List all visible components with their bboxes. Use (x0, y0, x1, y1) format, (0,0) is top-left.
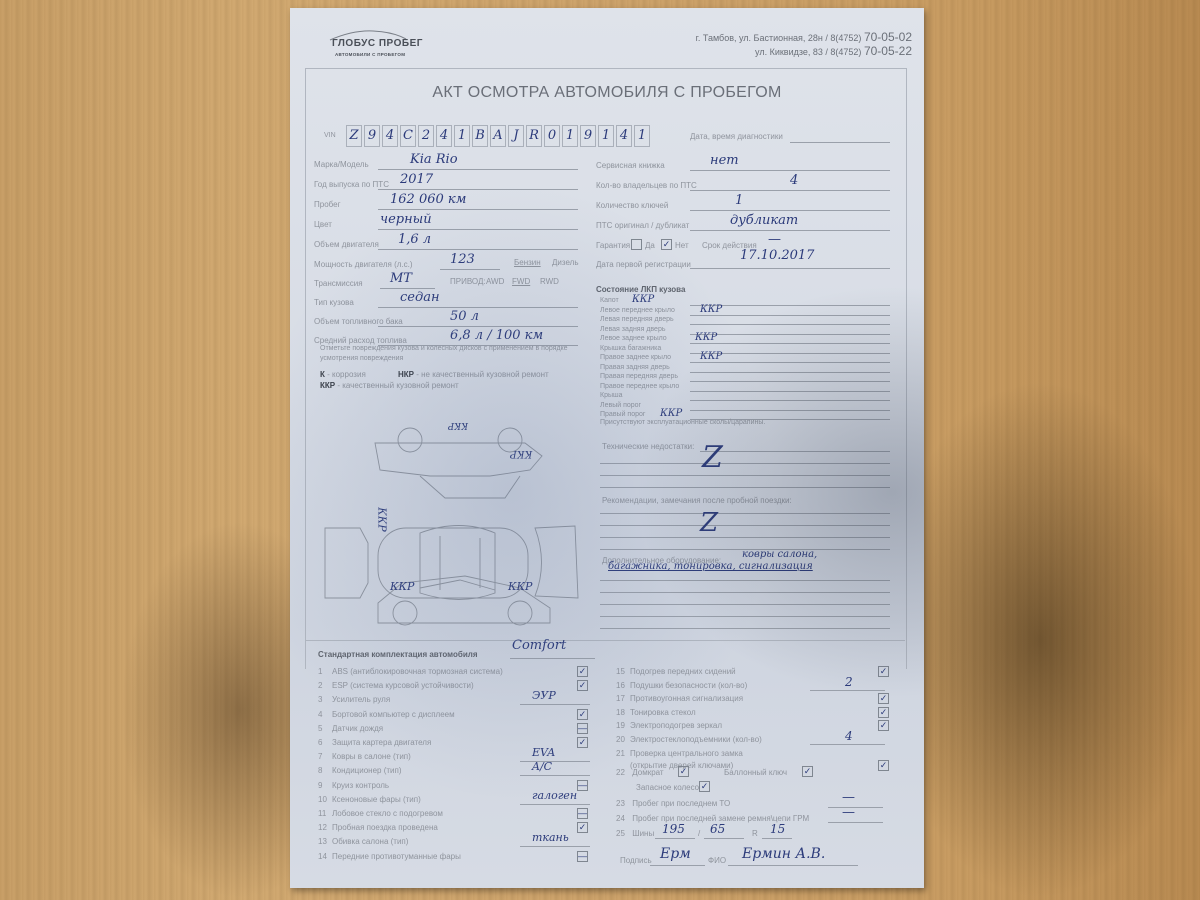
tire-rim: 15 (770, 822, 785, 836)
std-equipment-item: 3Усилитель руля (318, 695, 390, 704)
drive-option-rwd: RWD (540, 277, 559, 286)
std-equipment-value: EVA (532, 746, 555, 759)
std-equipment-item: 17Противоугонная сигнализация (616, 694, 743, 703)
extra-equipment-line1: ковры салона, (742, 549, 817, 560)
std-equipment-value: A/C (532, 760, 552, 773)
vin-char-box: Z (346, 125, 362, 147)
tire-profile: 65 (710, 822, 725, 836)
field-value: нет (710, 153, 739, 168)
vin-char-box: 4 (616, 125, 632, 147)
field-value: 50 л (450, 309, 479, 324)
field-label: Марка/Модель (314, 160, 369, 169)
std-equipment-item: 7Ковры в салоне (тип) (318, 752, 411, 761)
vin-char-box: A (490, 125, 506, 147)
vin-label: VIN (324, 132, 336, 139)
paint-item-label: Правая задняя дверь (600, 364, 670, 371)
vin-char-box: 1 (598, 125, 614, 147)
wrench-checkbox[interactable]: ✓ (802, 766, 813, 777)
legend-corrosion: К - коррозия (320, 370, 366, 379)
field-label: Трансмиссия (314, 279, 363, 288)
paint-item-value: ККР (632, 294, 654, 305)
std-equipment-item: 8Кондиционер (тип) (318, 766, 402, 775)
item-24-value: — (842, 805, 855, 820)
wrench-label: Баллонный ключ (724, 768, 787, 777)
field-value: Kia Rio (410, 152, 458, 167)
std-equipment-checkbox[interactable]: — (577, 723, 588, 734)
std-equipment-checkbox[interactable]: — (577, 808, 588, 819)
drive-label: ПРИВОД: (450, 277, 486, 286)
recommendations-label: Рекомендации, замечания после пробной по… (602, 496, 792, 505)
first-reg-label: Дата первой регистрации (596, 260, 691, 269)
item-25-label: 25 Шины (616, 829, 654, 838)
paint-item-label: Левый порог (600, 402, 641, 409)
vin-char-box: R (526, 125, 542, 147)
field-label: Тип кузова (314, 298, 354, 307)
diagram-mark-side-front: ККР (390, 580, 414, 593)
warranty-yes-label: Да (645, 241, 655, 250)
std-equipment-item: 10Ксеноновые фары (тип) (318, 795, 421, 804)
field-label: Пробег (314, 200, 341, 209)
field-label: Сервисная книжка (596, 161, 665, 170)
address-2: ул. Киквидзе, 83 / 8(4752) 70-05-22 (755, 44, 912, 58)
std-equipment-checkbox[interactable]: — (577, 851, 588, 862)
vin-char-box: 4 (382, 125, 398, 147)
extra-equipment-line2: багажника, тонировка, сигнализация (608, 561, 813, 572)
paint-item-label: Крышка багажника (600, 345, 661, 352)
warranty-yes-checkbox[interactable] (631, 239, 642, 250)
paint-item-label: Правое переднее крыло (600, 383, 679, 390)
diagram-mark-plan: ККР (376, 507, 389, 531)
field-label: Кол-во владельцев по ПТС (596, 181, 697, 190)
std-equipment-value: ЭУР (532, 689, 556, 702)
field-value: МТ (390, 271, 412, 286)
std-equipment-item: 21Проверка центрального замка (616, 749, 743, 758)
std-equipment-item: 2ESP (система курсовой устойчивости) (318, 681, 474, 690)
logo-brand: ГЛОБУС ПРОБЕГ (332, 38, 423, 49)
std-equipment-value: галоген (532, 789, 577, 802)
vin-char-box: 1 (562, 125, 578, 147)
logo-tagline: АВТОМОБИЛИ С ПРОБЕГОМ (335, 52, 405, 57)
std-equipment-checkbox[interactable]: — (577, 780, 588, 791)
damage-note: Отметьте повреждения кузова и колесных д… (320, 344, 590, 364)
std-equipment-item: 19Электроподогрев зеркал (616, 721, 722, 730)
recommendations-value: Z (700, 508, 718, 538)
std-equipment-item: 13Обивка салона (тип) (318, 837, 408, 846)
tire-width: 195 (662, 822, 685, 836)
std-equipment-item: 16Подушки безопасности (кол-во) (616, 681, 747, 690)
std-equipment-trim: Comfort (512, 638, 566, 653)
item-23-value: — (842, 790, 855, 805)
fuel-option-diesel: Дизель (552, 258, 578, 267)
hand-shadow-right (880, 380, 1200, 900)
std-equipment-title: Стандартная комплектация автомобиля (318, 650, 478, 659)
std-equipment-item: 9Круиз контроль (318, 781, 389, 790)
vin-char-box: B (472, 125, 488, 147)
spare-checkbox[interactable]: ✓ (699, 781, 710, 792)
std-equipment-item: 18Тонировка стекол (616, 708, 696, 717)
item-23: 23 Пробег при последнем ТО (616, 799, 730, 808)
paint-item-label: Левая задняя дверь (600, 326, 666, 333)
diag-date-label: Дата, время диагностики (690, 132, 783, 141)
paint-item-label: Левое переднее крыло (600, 307, 675, 314)
signature-value: Ерм (660, 846, 691, 862)
field-label: Объем топливного бака (314, 317, 403, 326)
paint-item-label: Правый порог (600, 411, 645, 418)
field-value: 123 (450, 252, 475, 267)
std-equipment-item: 11Лобовое стекло с подогревом (318, 809, 443, 818)
item-22: 22 Домкрат (616, 768, 664, 777)
std-equipment-item: 14Передние противотуманные фары (318, 852, 461, 861)
std-equipment-checkbox[interactable]: ✓ (878, 707, 889, 718)
std-equipment-value: ткань (532, 831, 569, 844)
std-equipment-checkbox[interactable]: ✓ (577, 709, 588, 720)
std-equipment-item: 4Бортовой компьютер с дисплеем (318, 710, 455, 719)
std-equipment-checkbox[interactable]: ✓ (577, 666, 588, 677)
paint-item-label: Крыша (600, 392, 623, 399)
field-value: 6,8 л / 100 км (450, 328, 543, 343)
std-equipment-value: 4 (845, 729, 853, 743)
car-body-diagram (310, 408, 590, 628)
field-value: 4 (790, 173, 798, 188)
warranty-term-value: — (768, 232, 781, 247)
field-label: Год выпуска по ПТС (314, 180, 389, 189)
vin-char-box: 9 (364, 125, 380, 147)
std-equipment-value: 2 (845, 675, 853, 689)
fio-value: Ермин А.В. (742, 846, 825, 862)
tech-defects-value: Z (702, 440, 723, 475)
field-value: 2017 (400, 172, 433, 187)
legend-good-repair: ККР - качественный кузовной ремонт (320, 381, 459, 390)
page-title: АКТ ОСМОТРА АВТОМОБИЛЯ С ПРОБЕГОМ (290, 84, 924, 102)
std-equipment-checkbox[interactable]: ✓ (577, 737, 588, 748)
paint-item-value: ККР (660, 408, 682, 419)
std-equipment-checkbox[interactable]: ✓ (577, 680, 588, 691)
paint-item-value: ККР (700, 351, 722, 362)
std-equipment-item: 15Подогрев передних сидений (616, 667, 736, 676)
signature-label: Подпись (620, 856, 652, 865)
paint-item-value: ККР (700, 304, 722, 315)
jack-checkbox[interactable]: ✓ (678, 766, 689, 777)
vin-char-box: 2 (418, 125, 434, 147)
vin-char-box: 1 (634, 125, 650, 147)
std-equipment-item: 6Защита картера двигателя (318, 738, 431, 747)
paint-title: Состояние ЛКП кузова (596, 285, 685, 294)
std-equipment-checkbox[interactable]: ✓ (878, 720, 889, 731)
vin-char-box: J (508, 125, 524, 147)
drive-option-fwd: FWD (512, 277, 530, 286)
field-label: Количество ключей (596, 201, 668, 210)
std-equipment-checkbox[interactable]: ✓ (878, 666, 889, 677)
vin-char-box: 0 (544, 125, 560, 147)
field-label: Цвет (314, 220, 332, 229)
field-value: 1 (735, 193, 743, 208)
std-equipment-item: 1ABS (антиблокировочная тормозная систем… (318, 667, 503, 676)
std-equipment-item: 12Пробная поездка проведена (318, 823, 438, 832)
std-equipment-checkbox[interactable]: ✓ (878, 760, 889, 771)
paint-item-label: Левое заднее крыло (600, 335, 667, 342)
paint-item-value: ККР (695, 332, 717, 343)
fuel-option-petrol: Бензин (514, 258, 541, 267)
field-value: черный (380, 212, 432, 227)
vin-char-box: 1 (454, 125, 470, 147)
field-value: 1,6 л (398, 232, 431, 247)
address-1: г. Тамбов, ул. Бастионная, 28н / 8(4752)… (696, 30, 912, 44)
vin-char-box: 9 (580, 125, 596, 147)
tire-r-label: R (752, 829, 758, 838)
spare-label: Запасное колесо (636, 783, 699, 792)
diagram-mark-top-1: ККР (448, 420, 468, 430)
std-equipment-item: 20Электростеклоподъемники (кол-во) (616, 735, 762, 744)
paint-item-label: Капот (600, 297, 619, 304)
first-reg-value: 17.10.2017 (740, 248, 814, 263)
vin-char-box: 4 (436, 125, 452, 147)
std-equipment-checkbox[interactable]: ✓ (577, 822, 588, 833)
paint-item-label: Правая передняя дверь (600, 373, 678, 380)
diagram-mark-side-rear: ККР (508, 580, 532, 593)
warranty-no-label: Нет (675, 241, 689, 250)
inspection-document: ГЛОБУС ПРОБЕГ АВТОМОБИЛИ С ПРОБЕГОМ г. Т… (290, 8, 924, 888)
warranty-label: Гарантия (596, 241, 630, 250)
paint-item-label: Левая передняя дверь (600, 316, 674, 323)
field-value: дубликат (730, 213, 798, 228)
field-label: ПТС оригинал / дубликат (596, 221, 689, 230)
drive-option-awd: AWD (486, 277, 504, 286)
fio-label: ФИО (708, 856, 726, 865)
vin-char-box: C (400, 125, 416, 147)
field-value: 162 060 км (390, 192, 466, 207)
tech-defects-label: Технические недостатки: (602, 442, 694, 451)
field-label: Мощность двигателя (л.с.) (314, 260, 413, 269)
diagram-mark-top-2: ККР (510, 448, 532, 459)
warranty-no-checkbox[interactable]: ✓ (661, 239, 672, 250)
paint-footnote: Присутствуют эксплуатационные сколы/цара… (600, 419, 765, 426)
field-label: Объем двигателя (314, 240, 379, 249)
field-value: седан (400, 290, 440, 305)
paint-item-label: Правое заднее крыло (600, 354, 671, 361)
std-equipment-checkbox[interactable]: ✓ (878, 693, 889, 704)
legend-bad-repair: НКР - не качественный кузовной ремонт (398, 370, 549, 379)
std-equipment-item: 5Датчик дождя (318, 724, 383, 733)
